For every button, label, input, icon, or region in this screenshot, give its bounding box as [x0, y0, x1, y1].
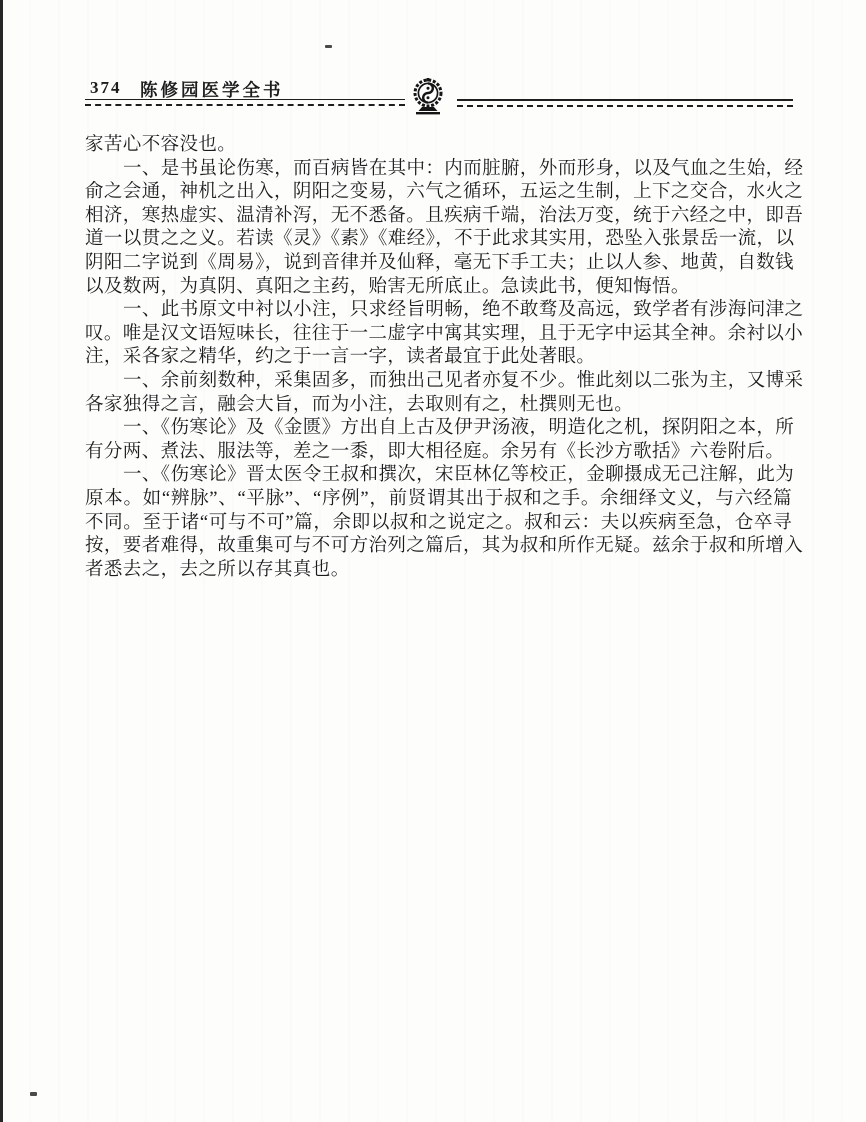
- text-line: 以及数两，为真阴、真阳之主药，贻害无所底止。急读此书，便知悔悟。: [85, 276, 792, 300]
- text-line: 有分两、煮法、服法等，差之一黍，即大相径庭。余另有《长沙方歌括》六卷附后。: [85, 441, 792, 465]
- scanned-book-page: 374 陈修园医学全书 家苦心不容没也。一、是书虽论伤寒，而百病皆在其中：内而脏…: [0, 0, 866, 1122]
- text-line: 家苦心不容没也。: [85, 134, 792, 158]
- header-rule-left: [85, 99, 405, 106]
- text-line: 叹。唯是汉文语短味长，往往于一二虚字中寓其实理，且于无字中运其全神。余衬以小: [85, 323, 792, 347]
- text-line: 按，要者难得，故重集可与不可方治列之篇后，其为叔和所作无疑。兹余于叔和所增入: [85, 535, 792, 559]
- text-line: 俞之会通，神机之出入，阴阳之变易，六气之循环，五运之生制，上下之交合，水火之: [85, 181, 792, 205]
- text-line: 相济，寒热虚实、温清补泻，无不悉备。且疾病千端，治法万变，统于六经之中，即吾: [85, 205, 792, 229]
- text-line: 一、《伤寒论》及《金匮》方出自上古及伊尹汤液，明造化之机，探阴阳之本，所: [85, 417, 792, 441]
- text-line: 者悉去之，去之所以存其真也。: [85, 559, 792, 583]
- text-line: 各家独得之言，融会大旨，而为小注，去取则有之，杜撰则无也。: [85, 394, 792, 418]
- text-line: 一、此书原文中衬以小注，只求经旨明畅，绝不敢骛及高远，致学者有涉海问津之: [85, 299, 792, 323]
- publisher-seal-icon: [409, 77, 447, 119]
- text-line: 道一以贯之之义。若读《灵》《素》《难经》，不于此求其实用，恐坠入张景岳一流，以: [85, 228, 792, 252]
- text-line: 注，采各家之精华，约之于一言一字，读者最宜于此处著眼。: [85, 346, 792, 370]
- text-line: 一、《伤寒论》晋太医令王叔和撰次，宋臣林亿等校正，金聊摄成无己注解，此为: [85, 464, 792, 488]
- header-rule-right: [457, 99, 793, 107]
- page-body-text: 家苦心不容没也。一、是书虽论伤寒，而百病皆在其中：内而脏腑，外而形身，以及气血之…: [85, 134, 792, 582]
- text-line: 一、余前刻数种，采集固多，而独出己见者亦复不少。惟此刻以二张为主，又博采: [85, 370, 792, 394]
- text-line: 一、是书虽论伤寒，而百病皆在其中：内而脏腑，外而形身，以及气血之生始，经: [85, 158, 792, 182]
- scan-speck-bottom: [30, 1092, 37, 1096]
- page-number: 374: [90, 78, 122, 98]
- scan-edge-line: [0, 0, 3, 1122]
- text-line: 阴阳二字说到《周易》，说到音律并及仙释，毫无下手工夫；止以人参、地黄，自数钱: [85, 252, 792, 276]
- scan-speck-top: [325, 45, 332, 48]
- text-line: 不同。至于诸“可与不可”篇，余即以叔和之说定之。叔和云：夫以疾病至急，仓卒寻: [85, 512, 792, 536]
- text-line: 原本。如“辨脉”、“平脉”、“序例”，前贤谓其出于叔和之手。余细绎文义，与六经篇: [85, 488, 792, 512]
